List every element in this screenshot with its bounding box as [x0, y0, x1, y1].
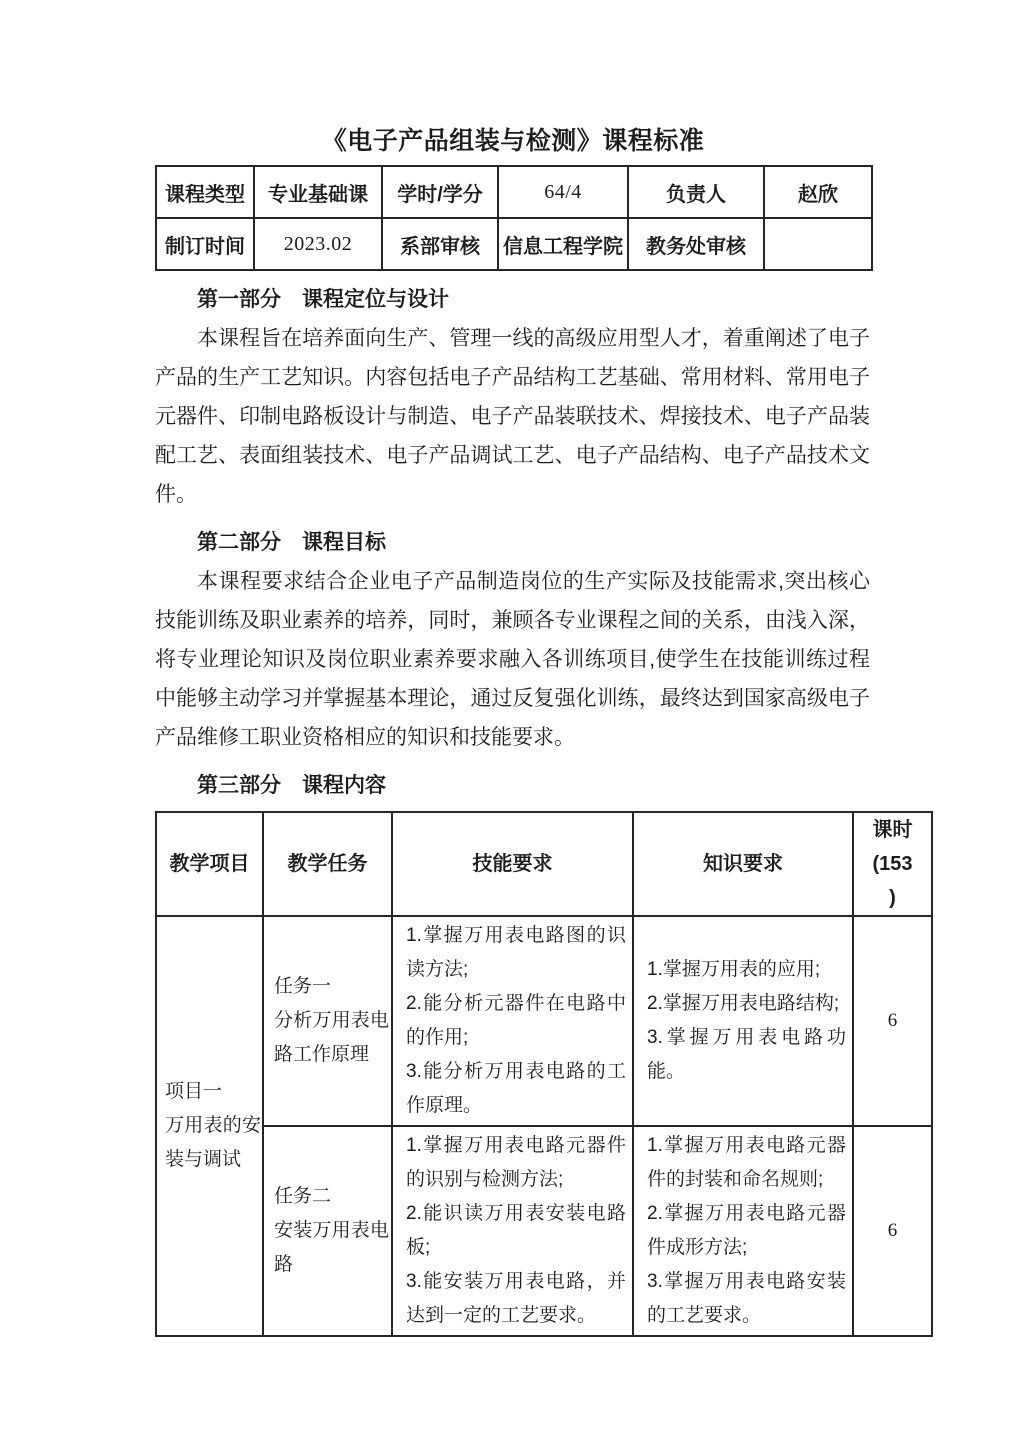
header-hours: 课时 (153 ) [853, 812, 932, 916]
course-type-label: 课程类型 [156, 166, 254, 218]
knowledge-cell: 1.掌握万用表电路元器件的封装和命名规则; 2.掌握万用表电路元器件成形方法; … [633, 1126, 853, 1336]
header-task: 教学任务 [263, 812, 392, 916]
academic-review-value [764, 218, 872, 270]
info-row-2: 制订时间 2023.02 系部审核 信息工程学院 教务处审核 [156, 218, 872, 270]
course-info-table: 课程类型 专业基础课 学时/学分 64/4 负责人 赵欣 制订时间 2023.0… [155, 165, 873, 271]
content-header-row: 教学项目 教学任务 技能要求 知识要求 课时 (153 ) [156, 812, 932, 916]
section-1-heading: 第一部分 课程定位与设计 [155, 280, 912, 319]
date-label: 制订时间 [156, 218, 254, 270]
document-page: 《电子产品组装与检测》课程标准 课程类型 专业基础课 学时/学分 64/4 负责… [0, 0, 1024, 1448]
task-cell: 任务一 分析万用表电路工作原理 [263, 916, 392, 1126]
header-skills: 技能要求 [392, 812, 633, 916]
skills-cell: 1.掌握万用表电路图的识读方法; 2.能分析元器件在电路中的作用; 3.能分析万… [392, 916, 633, 1126]
hours-cell: 6 [853, 1126, 932, 1336]
section-2-heading: 第二部分 课程目标 [155, 523, 912, 562]
leader-value: 赵欣 [764, 166, 872, 218]
section-3-heading: 第三部分 课程内容 [155, 766, 912, 805]
skills-cell: 1.掌握万用表电路元器件的识别与检测方法; 2.能识读万用表安装电路板; 3.能… [392, 1126, 633, 1336]
hours-cell: 6 [853, 916, 932, 1126]
header-knowledge: 知识要求 [633, 812, 853, 916]
section-1-body: 本课程旨在培养面向生产、管理一线的高级应用型人才，着重阐述了电子产品的生产工艺知… [155, 319, 870, 514]
project-cell: 项目一 万用表的安装与调试 [156, 916, 263, 1336]
knowledge-cell: 1.掌握万用表的应用; 2.掌握万用表电路结构; 3.掌握万用表电路功能。 [633, 916, 853, 1126]
table-row: 任务二 安装万用表电路 1.掌握万用表电路元器件的识别与检测方法; 2.能识读万… [156, 1126, 932, 1336]
course-type-value: 专业基础课 [254, 166, 382, 218]
leader-label: 负责人 [628, 166, 764, 218]
header-project: 教学项目 [156, 812, 263, 916]
date-value: 2023.02 [254, 218, 382, 270]
course-content-table: 教学项目 教学任务 技能要求 知识要求 课时 (153 ) 项目一 万用表的安装… [155, 811, 933, 1337]
hours-credits-label: 学时/学分 [382, 166, 498, 218]
document-title: 《电子产品组装与检测》课程标准 [155, 124, 871, 159]
section-2-body: 本课程要求结合企业电子产品制造岗位的生产实际及技能需求,突出核心技能训练及职业素… [155, 562, 870, 757]
info-row-1: 课程类型 专业基础课 学时/学分 64/4 负责人 赵欣 [156, 166, 872, 218]
academic-review-label: 教务处审核 [628, 218, 764, 270]
task-cell: 任务二 安装万用表电路 [263, 1126, 392, 1336]
hours-credits-value: 64/4 [498, 166, 628, 218]
dept-review-label: 系部审核 [382, 218, 498, 270]
table-row: 项目一 万用表的安装与调试 任务一 分析万用表电路工作原理 1.掌握万用表电路图… [156, 916, 932, 1126]
dept-review-value: 信息工程学院 [498, 218, 628, 270]
